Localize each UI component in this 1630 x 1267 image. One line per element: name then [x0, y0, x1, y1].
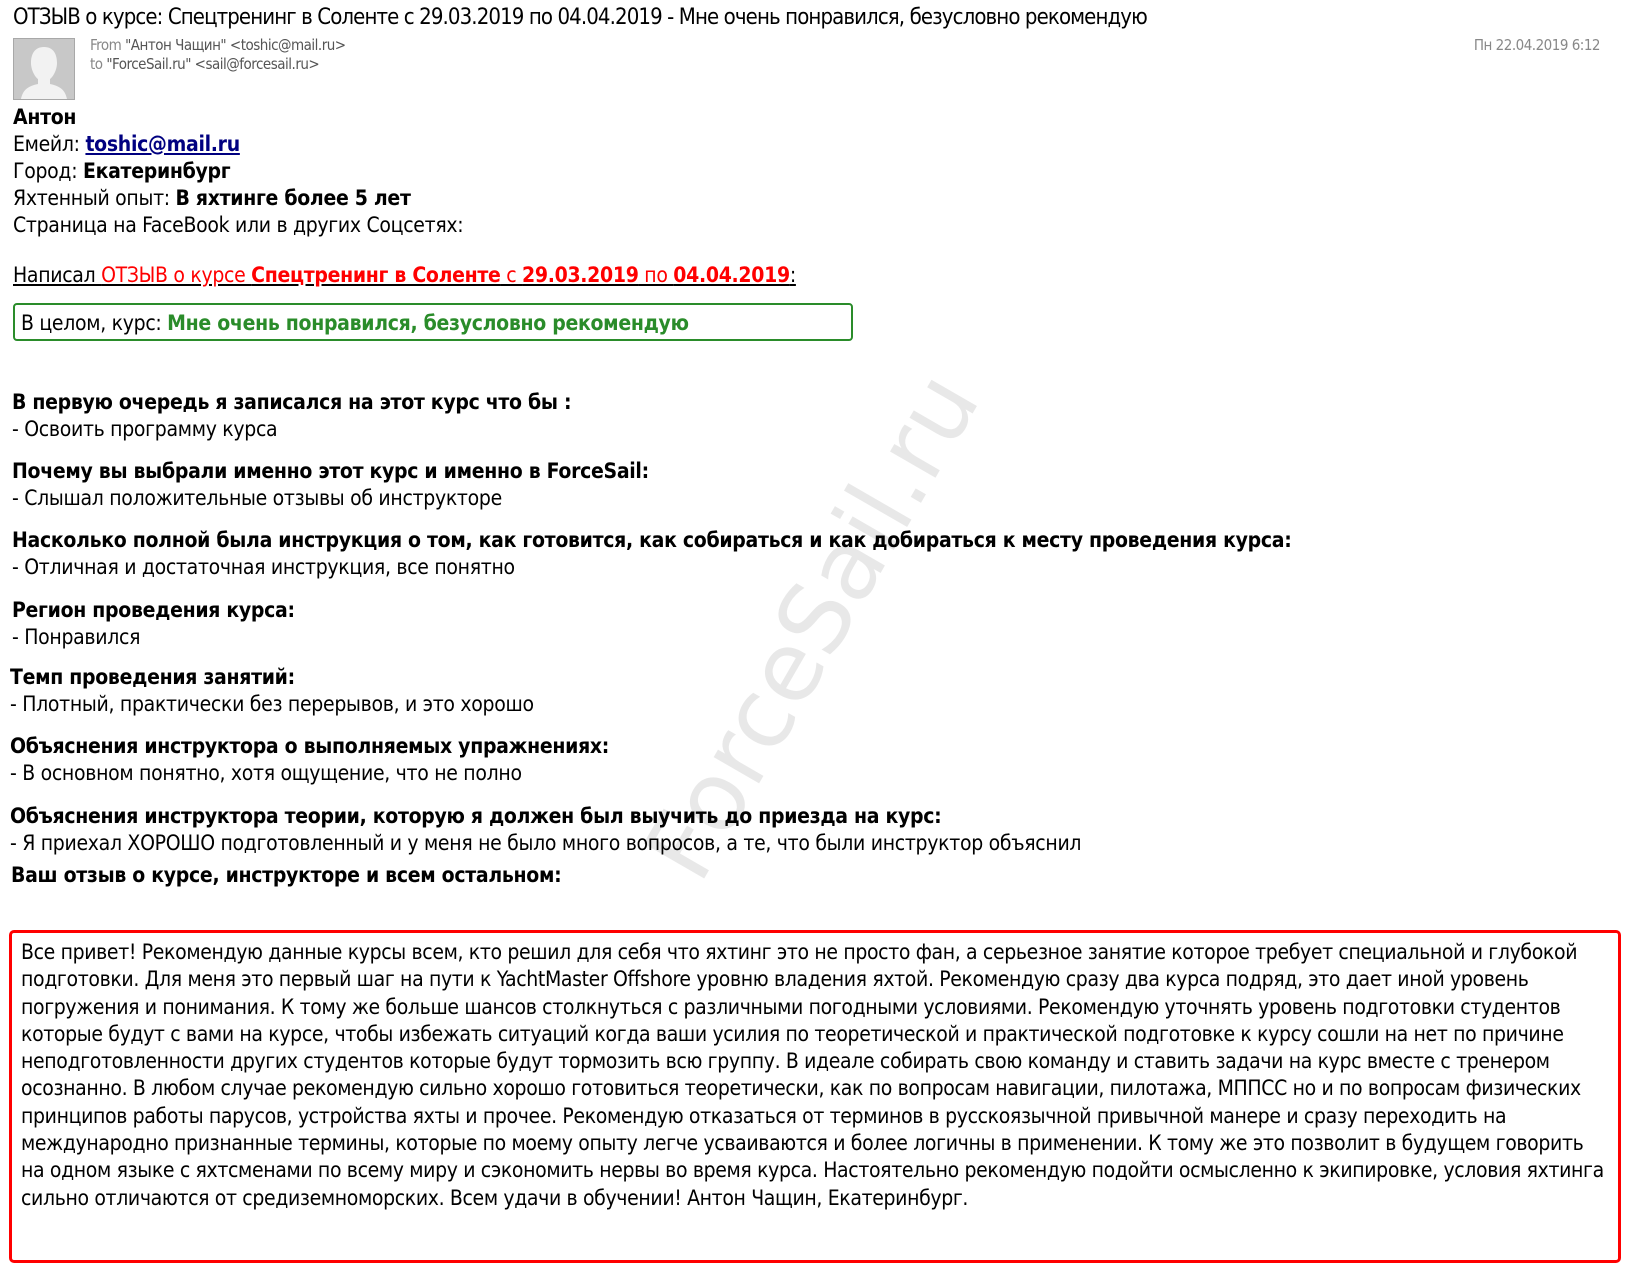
to-label: to	[90, 55, 103, 73]
qa-question: Почему вы выбрали именно этот курс и име…	[12, 458, 649, 485]
email-link[interactable]: toshic@mail.ru	[85, 132, 239, 156]
overall-rating-box: В целом, курс: Мне очень понравился, без…	[13, 303, 853, 341]
overall-label: В целом, курс:	[21, 311, 167, 335]
from-label: From	[90, 36, 121, 54]
user-silhouette-icon	[13, 38, 75, 100]
qa-answer: - Освоить программу курса	[12, 416, 571, 443]
wrote-text: Написал	[13, 263, 101, 287]
qa-question: Объяснения инструктора о выполняемых упр…	[10, 733, 609, 760]
profile-social-row: Страница на FaceBook или в других Соцсет…	[13, 212, 1613, 239]
review-title: Ваш отзыв о курсе, инструкторе и всем ос…	[11, 862, 561, 889]
from-word: с	[501, 263, 522, 287]
overall-value: Мне очень понравился, безусловно рекомен…	[167, 311, 688, 335]
qa-question: Регион проведения курса:	[12, 597, 295, 624]
qa-answer: - Я приехал ХОРОШО подготовленный и у ме…	[10, 830, 1081, 857]
qa-answer: - Понравился	[12, 624, 295, 651]
colon: :	[790, 263, 796, 287]
profile-experience-row: Яхтенный опыт: В яхтинге более 5 лет	[13, 185, 1613, 212]
email-subject: ОТЗЫВ о курсе: Спецтренинг в Соленте с 2…	[13, 4, 1147, 32]
email-date: Пн 22.04.2019 6:12	[1474, 36, 1600, 55]
qa-answer: - Слышал положительные отзывы об инструк…	[12, 485, 649, 512]
to-line: to "ForceSail.ru" <sail@forcesail.ru>	[90, 55, 346, 74]
from-value[interactable]: "Антон Чащин" <toshic@mail.ru>	[125, 36, 346, 54]
to-word: по	[639, 263, 674, 287]
qa-question: Насколько полной была инструкция о том, …	[12, 527, 1291, 554]
qa-question: В первую очередь я записался на этот кур…	[12, 389, 571, 416]
qa-question: Темп проведения занятий:	[10, 664, 534, 691]
from-line: From "Антон Чащин" <toshic@mail.ru>	[90, 36, 346, 55]
qa-answer: - Отличная и достаточная инструкция, все…	[12, 554, 1291, 581]
email-meta: From "Антон Чащин" <toshic@mail.ru> to "…	[90, 36, 346, 74]
review-label: ОТЗЫВ о курсе	[101, 263, 251, 287]
qa-item: Темп проведения занятий:- Плотный, практ…	[10, 664, 534, 718]
experience-value: В яхтинге более 5 лет	[176, 186, 411, 210]
experience-label: Яхтенный опыт:	[13, 186, 176, 210]
qa-answer: - Плотный, практически без перерывов, и …	[10, 691, 534, 718]
email-body: Антон Емейл: toshic@mail.ru Город: Екате…	[13, 104, 1613, 341]
profile-name: Антон	[13, 104, 1613, 131]
qa-item: Насколько полной была инструкция о том, …	[12, 527, 1291, 581]
profile-email-row: Емейл: toshic@mail.ru	[13, 131, 1613, 158]
date-to: 04.04.2019	[673, 263, 790, 287]
to-value[interactable]: "ForceSail.ru" <sail@forcesail.ru>	[106, 55, 319, 73]
qa-question: Объяснения инструктора теории, которую я…	[10, 803, 1081, 830]
date-from: 29.03.2019	[522, 263, 639, 287]
qa-answer: - В основном понятно, хотя ощущение, что…	[10, 760, 609, 787]
qa-item: Регион проведения курса:- Понравился	[12, 597, 295, 651]
qa-item: Объяснения инструктора о выполняемых упр…	[10, 733, 609, 787]
city-label: Город:	[13, 159, 83, 183]
review-text-box: Все привет! Рекомендую данные курсы всем…	[9, 930, 1621, 1263]
review-heading: Написал ОТЗЫВ о курсе Спецтренинг в Соле…	[13, 261, 1613, 289]
qa-item: В первую очередь я записался на этот кур…	[12, 389, 571, 443]
course-name: Спецтренинг в Соленте	[251, 263, 500, 287]
profile-city-row: Город: Екатеринбург	[13, 158, 1613, 185]
email-label: Емейл:	[13, 132, 85, 156]
qa-item: Объяснения инструктора теории, которую я…	[10, 803, 1081, 857]
qa-item: Почему вы выбрали именно этот курс и име…	[12, 458, 649, 512]
city-value: Екатеринбург	[83, 159, 230, 183]
